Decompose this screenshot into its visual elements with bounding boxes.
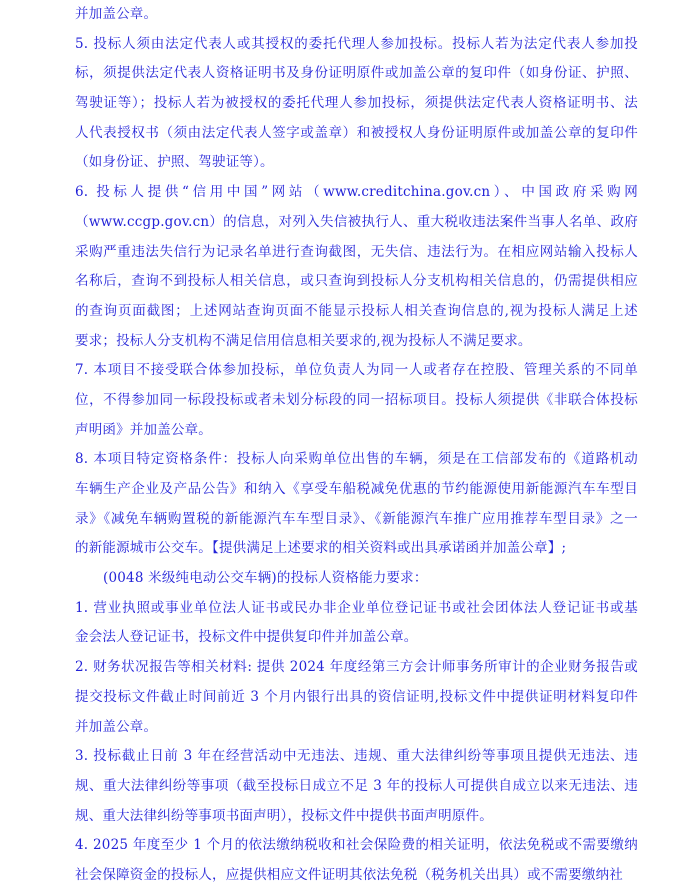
paragraph: 5. 投标人须由法定代表人或其授权的委托代理人参加投标。投标人若为法定代表人参加…: [75, 30, 638, 178]
document-line: 标，须提供法定代表人资格证明书及身份证明原件或加盖公章的复印件（如身份证、护照、: [75, 59, 638, 89]
document-line: 名称后，查询不到投标人相关信息，或只查询到投标人分支机构相关信息的，仍需提供相应: [75, 267, 638, 297]
document-line: 要求；投标人分支机构不满足信用信息相关要求的,视为投标人不满足要求。: [75, 327, 638, 357]
paragraph: 4. 2025 年度至少 1 个月的依法缴纳税收和社会保险费的相关证明，依法免税…: [75, 831, 638, 890]
paragraph: 2. 财务状况报告等相关材料: 提供 2024 年度经第三方会计师事务所审计的企…: [75, 653, 638, 742]
paragraph: 3. 投标截止日前 3 年在经营活动中无违法、违规、重大法律纠纷等事项且提供无违…: [75, 742, 638, 831]
document-line: （如身份证、护照、驾驶证等）。: [75, 148, 638, 178]
document-line: 3. 投标截止日前 3 年在经营活动中无违法、违规、重大法律纠纷等事项且提供无违…: [75, 742, 638, 772]
document-line: 4. 2025 年度至少 1 个月的依法缴纳税收和社会保险费的相关证明，依法免税…: [75, 831, 638, 861]
document-line: 并加盖公章。: [75, 713, 638, 743]
document-line: 5. 投标人须由法定代表人或其授权的委托代理人参加投标。投标人若为法定代表人参加…: [75, 30, 638, 60]
document-line: 的新能源城市公交车。【提供满足上述要求的相关资料或出具承诺函并加盖公章】;: [75, 534, 638, 564]
document-line: 驾驶证等）；投标人若为被授权的委托代理人参加投标，须提供法定代表人资格证明书、法: [75, 89, 638, 119]
document-page: 并加盖公章。5. 投标人须由法定代表人或其授权的委托代理人参加投标。投标人若为法…: [0, 0, 674, 895]
document-line: 1. 营业执照或事业单位法人证书或民办非企业单位登记证书或社会团体法人登记证书或…: [75, 594, 638, 624]
document-line: 并加盖公章。: [75, 0, 638, 30]
document-line: （www.ccgp.gov.cn）的信息，对列入失信被执行人、重大税收违法案件当…: [75, 208, 638, 238]
document-line: 6. 投标人提供“信用中国”网站（www.creditchina.gov.cn）…: [75, 178, 638, 208]
document-line: 2. 财务状况报告等相关材料: 提供 2024 年度经第三方会计师事务所审计的企…: [75, 653, 638, 683]
document-line: 7. 本项目不接受联合体参加投标，单位负责人为同一人或者存在控股、管理关系的不同…: [75, 356, 638, 386]
document-line: 录》《减免车辆购置税的新能源汽车车型目录》、《新能源汽车推广应用推荐车型目录》之…: [75, 505, 638, 535]
document-line: 规、重大法律纠纷等事项（截至投标日成立不足 3 年的投标人可提供自成立以来无违法…: [75, 772, 638, 802]
document-line: 提交投标文件截止时间前近 3 个月内银行出具的资信证明,投标文件中提供证明材料复…: [75, 683, 638, 713]
paragraph: 1. 营业执照或事业单位法人证书或民办非企业单位登记证书或社会团体法人登记证书或…: [75, 594, 638, 653]
document-line: 车辆生产企业及产品公告》和纳入《享受车船税减免优惠的节约能源使用新能源汽车车型目: [75, 475, 638, 505]
document-line: 人代表授权书（须由法定代表人签字或盖章）和被授权人身份证明原件或加盖公章的复印件: [75, 119, 638, 149]
paragraph: 7. 本项目不接受联合体参加投标，单位负责人为同一人或者存在控股、管理关系的不同…: [75, 356, 638, 445]
document-line: 8. 本项目特定资格条件：投标人向采购单位出售的车辆，须是在工信部发布的《道路机…: [75, 445, 638, 475]
document-line: 的查询页面截图；上述网站查询页面不能显示投标人相关查询信息的,视为投标人满足上述: [75, 297, 638, 327]
paragraph: 6. 投标人提供“信用中国”网站（www.creditchina.gov.cn）…: [75, 178, 638, 356]
document-line: 采购严重违法失信行为记录名单进行查询截图，无失信、违法行为。在相应网站输入投标人: [75, 238, 638, 268]
paragraph: 并加盖公章。: [75, 0, 638, 30]
document-line: (0048 米级纯电动公交车辆)的投标人资格能力要求：: [75, 564, 638, 594]
document-line: 社会保障资金的投标人，应提供相应文件证明其依法免税（税务机关出具）或不需要缴纳社: [75, 861, 638, 891]
document-line: 规、重大法律纠纷等事项书面声明），投标文件中提供书面声明原件。: [75, 802, 638, 832]
paragraph: 8. 本项目特定资格条件：投标人向采购单位出售的车辆，须是在工信部发布的《道路机…: [75, 445, 638, 564]
document-line: 金会法人登记证书，投标文件中提供复印件并加盖公章。: [75, 623, 638, 653]
document-line: 声明函》并加盖公章。: [75, 416, 638, 446]
paragraph: (0048 米级纯电动公交车辆)的投标人资格能力要求：: [75, 564, 638, 594]
document-line: 位，不得参加同一标段投标或者未划分标段的同一招标项目。投标人须提供《非联合体投标: [75, 386, 638, 416]
